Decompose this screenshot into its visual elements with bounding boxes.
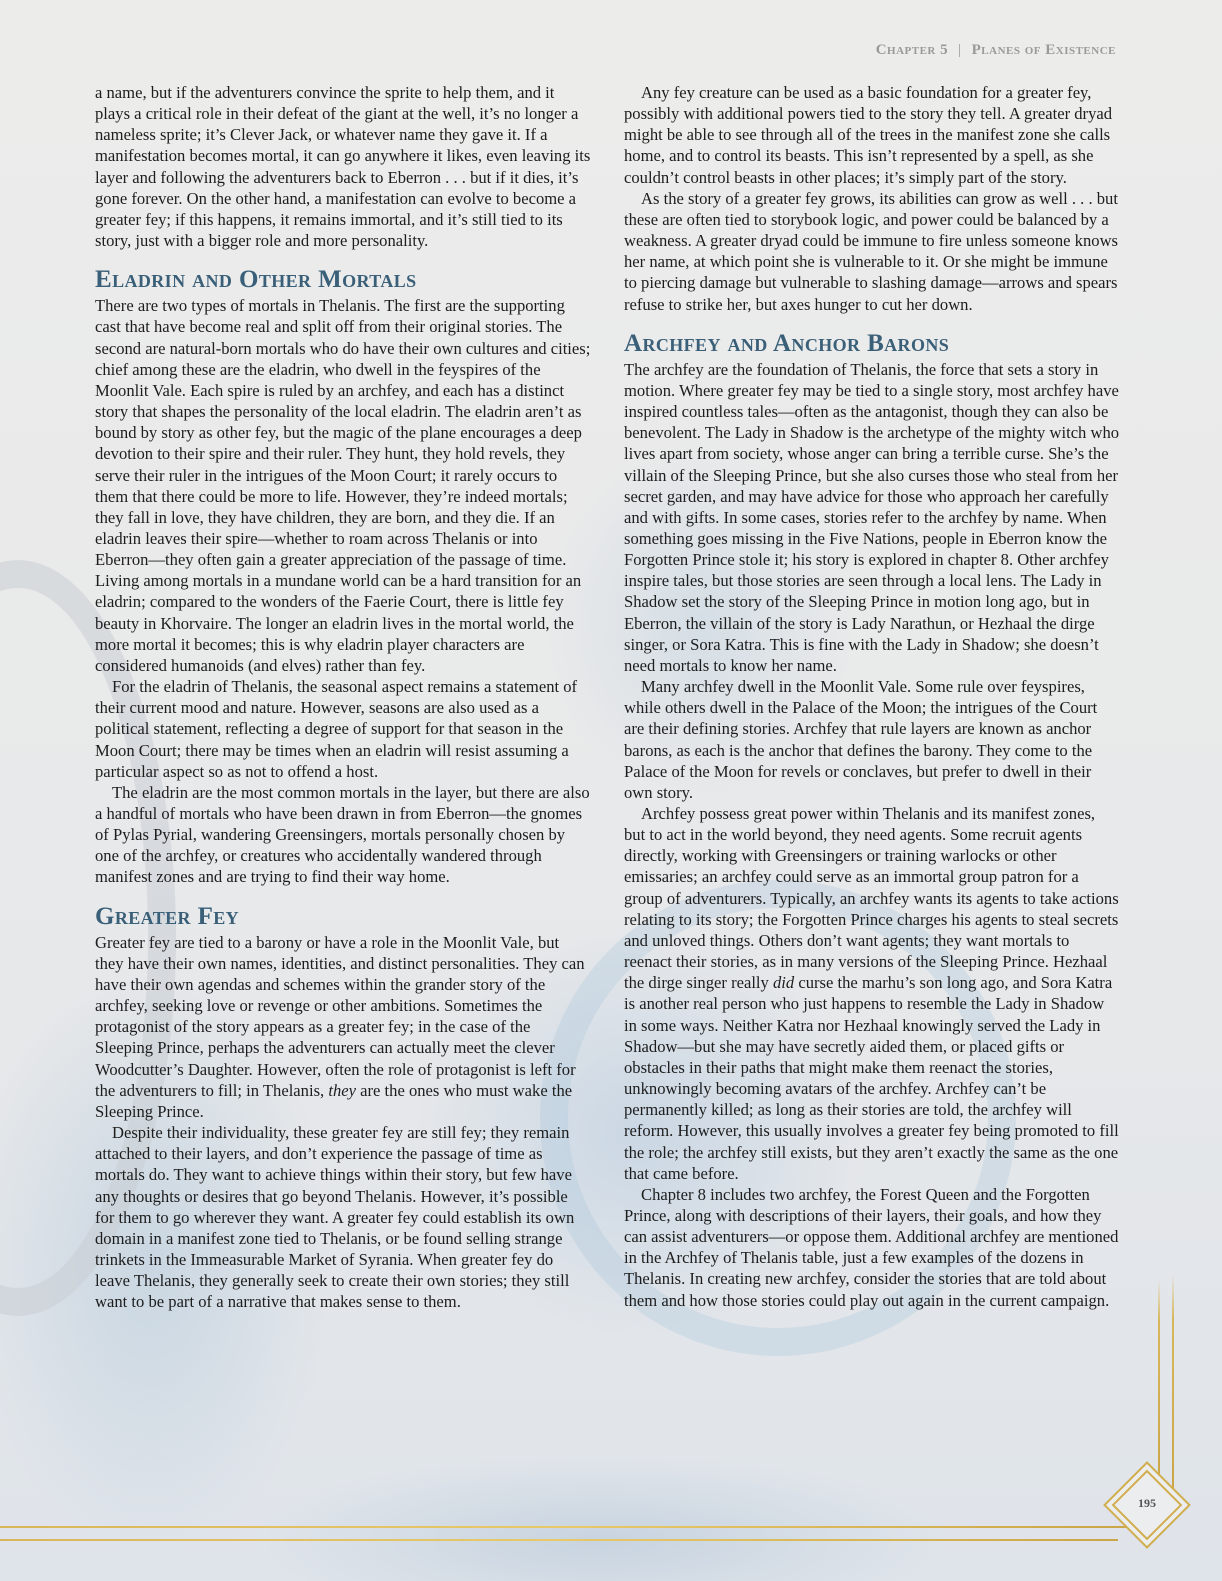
text-run: Archfey possess great power within Thela… <box>624 804 1119 992</box>
text-run: Greater fey are tied to a barony or have… <box>95 933 585 1100</box>
paragraph: Archfey possess great power within Thela… <box>624 803 1120 1184</box>
paragraph: As the story of a greater fey grows, its… <box>624 188 1120 315</box>
chapter-label: Chapter 5 <box>876 42 948 58</box>
left-column: a name, but if the adventurers convince … <box>95 82 591 1312</box>
section-heading-greater-fey: Greater Fey <box>95 902 591 932</box>
paragraph: The archfey are the foundation of Thelan… <box>624 359 1120 676</box>
section-heading-eladrin: Eladrin and Other Mortals <box>95 265 591 295</box>
paragraph: Despite their individuality, these great… <box>95 1122 591 1312</box>
paragraph: a name, but if the adventurers convince … <box>95 82 591 251</box>
text-run: curse the marhu’s son long ago, and Sora… <box>624 973 1119 1182</box>
side-gold-rule <box>1158 1280 1160 1490</box>
page-number: 195 <box>1122 1496 1172 1511</box>
paragraph: Many archfey dwell in the Moonlit Vale. … <box>624 676 1120 803</box>
paragraph: The eladrin are the most common mortals … <box>95 782 591 888</box>
emphasis: did <box>773 973 794 992</box>
chapter-title: Planes of Existence <box>972 42 1116 58</box>
side-gold-rule <box>1172 1275 1174 1500</box>
footer-gold-rule <box>0 1539 1118 1541</box>
paragraph: There are two types of mortals in Thelan… <box>95 295 591 676</box>
header-separator: | <box>958 42 962 58</box>
paragraph: Chapter 8 includes two archfey, the Fore… <box>624 1184 1120 1311</box>
section-heading-archfey: Archfey and Anchor Barons <box>624 329 1120 359</box>
paragraph: For the eladrin of Thelanis, the seasona… <box>95 676 591 782</box>
emphasis: they <box>328 1081 356 1100</box>
running-header: Chapter 5|Planes of Existence <box>876 42 1116 59</box>
paragraph: Any fey creature can be used as a basic … <box>624 82 1120 188</box>
paragraph: Greater fey are tied to a barony or have… <box>95 932 591 1122</box>
footer-gold-rule <box>0 1526 1130 1528</box>
right-column: Any fey creature can be used as a basic … <box>624 82 1120 1311</box>
